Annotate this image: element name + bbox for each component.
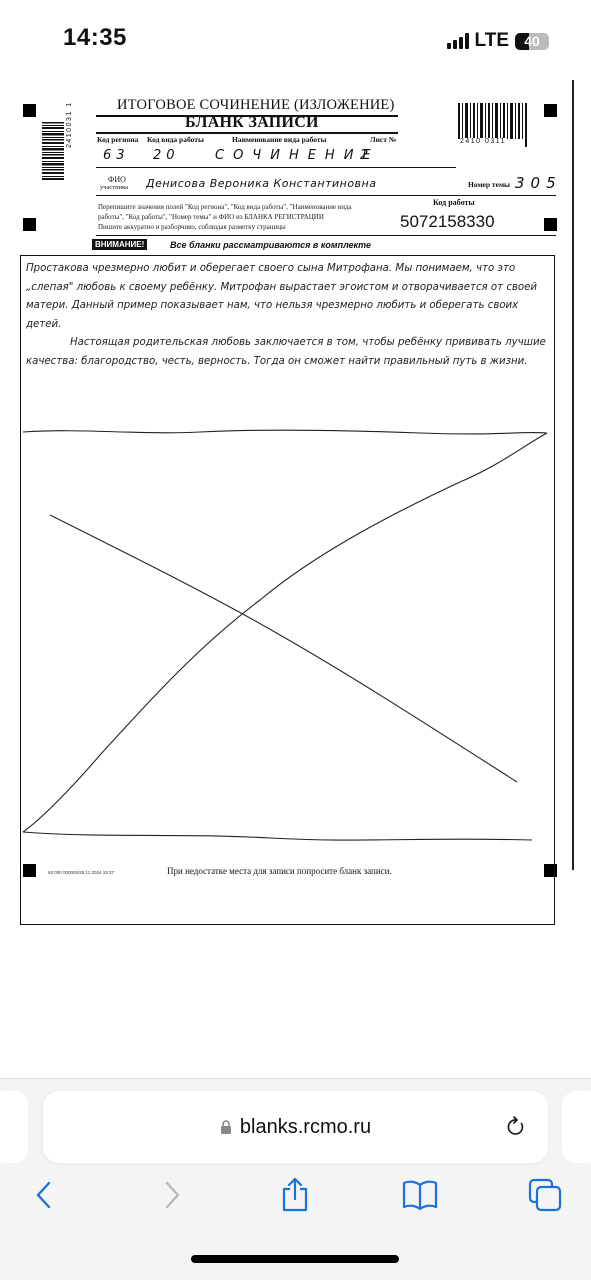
- browser-toolbar: blanks.rcmo.ru: [0, 1078, 591, 1280]
- forward-icon: [162, 1180, 182, 1210]
- divider: [96, 235, 556, 236]
- region-code-label: Код региона: [97, 135, 138, 144]
- book-icon: [401, 1179, 439, 1211]
- form-subtitle: БЛАНК ЗАПИСИ: [185, 114, 319, 132]
- navigation-toolbar: [0, 1175, 591, 1221]
- previous-tab-peek[interactable]: [0, 1091, 28, 1163]
- reload-icon[interactable]: [504, 1115, 528, 1139]
- status-bar: 14:35 LTE 40: [0, 0, 591, 80]
- essay-paragraph: Простакова чрезмерно любит и оберегает с…: [26, 260, 556, 334]
- essay-text: Простакова чрезмерно любит и оберегает с…: [26, 260, 556, 371]
- back-icon: [34, 1180, 54, 1210]
- home-indicator[interactable]: [191, 1255, 399, 1263]
- fio-label: ФИО: [108, 175, 126, 184]
- alignment-marker: [544, 104, 557, 117]
- fio-label-sub: участника: [100, 184, 128, 191]
- barcode-vertical-number: 2410031 1: [66, 101, 73, 148]
- divider: [96, 195, 556, 196]
- divider: [96, 167, 456, 168]
- sheet-no-value: 2: [360, 148, 373, 163]
- url-text: blanks.rcmo.ru: [240, 1116, 371, 1139]
- tabs-button[interactable]: [525, 1175, 565, 1215]
- instruction-line: Пишите аккуратно и разборчиво, соблюдая …: [98, 222, 352, 232]
- work-type-code-label: Код вида работы: [147, 135, 204, 144]
- form-title: ИТОГОВОЕ СОЧИНЕНИЕ (ИЗЛОЖЕНИЕ): [117, 97, 395, 114]
- topic-no-value: 305: [515, 174, 562, 192]
- tabs-icon: [527, 1177, 563, 1213]
- instructions: Перепишите значения полей "Код региона",…: [98, 202, 352, 232]
- status-time: 14:35: [63, 24, 127, 52]
- bookmarks-button[interactable]: [400, 1175, 440, 1215]
- barcode-horizontal-number: 2410 0311: [460, 138, 506, 145]
- battery-level: 40: [524, 33, 540, 49]
- footer-text: При недостатке места для записи попросит…: [167, 866, 392, 876]
- strike-out-mark: [20, 420, 555, 850]
- battery-icon: 40: [515, 33, 549, 50]
- address-bar[interactable]: blanks.rcmo.ru: [43, 1091, 548, 1163]
- divider: [96, 132, 398, 134]
- work-code-label: Код работы: [433, 198, 475, 207]
- back-button[interactable]: [24, 1175, 64, 1215]
- forward-button[interactable]: [152, 1175, 192, 1215]
- alignment-marker: [23, 218, 36, 231]
- work-code-value: 5072158330: [400, 212, 495, 232]
- instruction-line: работы", "Код работы", "Номер темы" и ФИ…: [98, 212, 352, 222]
- next-tab-peek[interactable]: [562, 1091, 591, 1163]
- status-indicators: LTE 40: [447, 30, 549, 52]
- region-code-value: 63: [103, 148, 130, 163]
- work-type-name-value: СОЧИНЕНИЕ: [215, 148, 380, 163]
- work-type-name-label: Наименование вида работы: [232, 135, 326, 144]
- work-type-code-value: 20: [153, 148, 180, 163]
- share-button[interactable]: [275, 1175, 315, 1215]
- footer-code: 63 000 000000/25.11.2024 15:37: [48, 870, 114, 875]
- sheet-no-label: Лист №: [370, 135, 396, 144]
- fio-value: Денисова Вероника Константиновна: [146, 177, 376, 190]
- lock-icon: [220, 1120, 232, 1135]
- instruction-line: Перепишите значения полей "Код региона",…: [98, 202, 352, 212]
- document-page: 2410031 1 2410 0311 ИТОГОВОЕ СОЧИНЕНИЕ (…: [0, 80, 591, 1080]
- topic-no-label: Номер темы: [468, 180, 510, 189]
- attention-badge: ВНИМАНИЕ!: [92, 239, 147, 250]
- share-icon: [280, 1177, 310, 1213]
- alignment-marker: [544, 218, 557, 231]
- network-type: LTE: [475, 30, 509, 52]
- essay-paragraph: Настоящая родительская любовь заключаетс…: [26, 334, 556, 371]
- page-edge-line: [572, 80, 574, 870]
- attention-text: Все бланки рассматриваются в комплекте: [170, 240, 371, 250]
- signal-icon: [447, 33, 469, 49]
- alignment-marker: [23, 104, 36, 117]
